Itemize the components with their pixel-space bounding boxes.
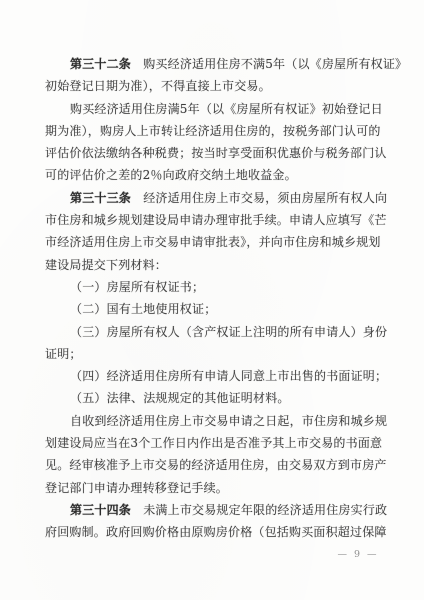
document-body: 第三十二条 购买经济适用住房不满5年（以《房屋所有权证》初始登记日期为准），不得… (45, 53, 385, 544)
text-line: 市经济适用住房上市交易申请审批表》，并向市住房和城乡规划 (45, 231, 385, 253)
text-line: 初始登记日期为准），不得直接上市交易。 (45, 75, 385, 97)
article-number: 第三十四条 (70, 503, 131, 517)
article-number: 第三十三条 (70, 191, 131, 205)
text-line: 评估价依法缴纳各种税费；按当时享受面积优惠价与税务部门认 (45, 142, 385, 164)
text-line: （二）国有土地使用权证； (45, 298, 385, 320)
text-run: 购买经济适用住房满5年（以《房屋所有权证》初始登记日 (70, 102, 383, 116)
text-run: 市住房和城乡规划建设局申请办理审批手续。申请人应填写《芒 (45, 213, 387, 227)
article-number: 第三十二条 (70, 57, 131, 71)
text-run: 划建设局应当在3个工作日内作出是否准予其上市交易的书面意 (45, 436, 382, 450)
text-run: （三）房屋所有权人（含产权证上注明的所有申请人）身份 (70, 325, 387, 339)
text-run: （五）法律、法规规定的其他证明材料。 (70, 391, 290, 405)
text-run: 可的评估价之差的2％向政府交纳土地收益金。 (45, 168, 297, 182)
text-line: 购买经济适用住房满5年（以《房屋所有权证》初始登记日 (45, 98, 385, 120)
text-line: （五）法律、法规规定的其他证明材料。 (45, 387, 385, 409)
scanned-document-page: 第三十二条 购买经济适用住房不满5年（以《房屋所有权证》初始登记日期为准），不得… (0, 0, 424, 600)
text-run: 建设局提交下列材料： (45, 258, 167, 272)
text-line: 第三十三条 经济适用住房上市交易，须由房屋所有权人向 (45, 187, 385, 209)
text-line: 划建设局应当在3个工作日内作出是否准予其上市交易的书面意 (45, 432, 385, 454)
text-line: 第三十四条 未满上市交易规定年限的经济适用住房实行政 (45, 499, 385, 521)
text-run: 购买经济适用住房不满5年（以《房屋所有权证》 (131, 57, 407, 71)
text-run: 府回购制。政府回购价格由原购房价格（包括购买面积超过保障 (45, 525, 387, 539)
text-line: 可的评估价之差的2％向政府交纳土地收益金。 (45, 164, 385, 186)
text-line: 建设局提交下列材料： (45, 254, 385, 276)
text-run: 期为准），购房人上市转让经济适用住房的，按税务部门认可的 (45, 124, 381, 138)
text-run: 经济适用住房上市交易，须由房屋所有权人向 (131, 191, 387, 205)
text-line: 登记部门申请办理转移登记手续。 (45, 477, 385, 499)
text-line: （三）房屋所有权人（含产权证上注明的所有申请人）身份 (45, 321, 385, 343)
text-run: 证明； (45, 347, 82, 361)
text-line: （一）房屋所有权证书； (45, 276, 385, 298)
text-run: 未满上市交易规定年限的经济适用住房实行政 (131, 503, 387, 517)
text-line: 府回购制。政府回购价格由原购房价格（包括购买面积超过保障 (45, 521, 385, 543)
text-run: 初始登记日期为准），不得直接上市交易。 (45, 79, 271, 93)
text-run: 评估价依法缴纳各种税费；按当时享受面积优惠价与税务部门认 (45, 146, 387, 160)
text-line: 证明； (45, 343, 385, 365)
text-line: 期为准），购房人上市转让经济适用住房的，按税务部门认可的 (45, 120, 385, 142)
text-run: 市经济适用住房上市交易申请审批表》，并向市住房和城乡规划 (45, 235, 381, 249)
text-run: 见。经审核准予上市交易的经济适用住房，由交易双方到市房产 (45, 458, 387, 472)
text-run: 自收到经济适用住房上市交易申请之日起，市住房和城乡规 (70, 414, 387, 428)
text-run: （四）经济适用住房所有申请人同意上市出售的书面证明； (70, 369, 387, 383)
text-line: 自收到经济适用住房上市交易申请之日起，市住房和城乡规 (45, 410, 385, 432)
text-line: 见。经审核准予上市交易的经济适用住房，由交易双方到市房产 (45, 454, 385, 476)
text-line: 市住房和城乡规划建设局申请办理审批手续。申请人应填写《芒 (45, 209, 385, 231)
text-line: 第三十二条 购买经济适用住房不满5年（以《房屋所有权证》 (45, 53, 385, 75)
text-run: 登记部门申请办理转移登记手续。 (45, 481, 228, 495)
text-run: （二）国有土地使用权证； (70, 302, 216, 316)
page-number: — 9 — (316, 548, 400, 562)
text-line: （四）经济适用住房所有申请人同意上市出售的书面证明； (45, 365, 385, 387)
text-run: （一）房屋所有权证书； (70, 280, 204, 294)
